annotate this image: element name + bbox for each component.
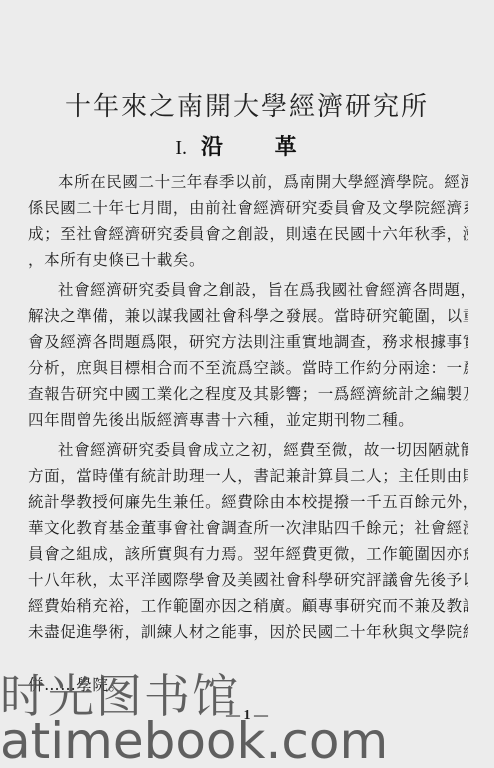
text-line: 方面，當時僅有統計助理一人，書記兼計算員二人；主任則由財政學及 [28, 466, 468, 486]
text-line: 本所在民國二十三年春季以前，爲南開大學經濟學院。經濟學院則 [58, 172, 468, 192]
watermark-url: atimebook.com [0, 712, 388, 768]
document-page: 十年來之南開大學經濟研究所 I.沿 革 本所在民國二十三年春季以前，爲南開大學經… [0, 0, 494, 768]
text-line: 成；至社會經濟研究委員會之創設，則遠在民國十六年秋季，溯厥原始 [28, 224, 468, 244]
text-line: 員會之組成，該所實與有力焉。翌年經費更微，工作範圍因亦愈狹。迨 [28, 544, 468, 564]
text-line: 經費始稍充裕，工作範圍亦因之稍廣。顧專事研究而不兼及教課，似仍 [28, 596, 468, 616]
text-line: 未盡促進學術，訓練人材之能事，因於民國二十年秋與文學院經濟系合 [28, 622, 468, 642]
document-title: 十年來之南開大學經濟研究所 [0, 86, 494, 123]
text-line: 統計學教授何廉先生兼任。經費除由本校提撥一千五百餘元外，曾得中 [28, 492, 468, 512]
text-line: ，本所有史倏已十載矣。 [28, 250, 468, 270]
text-line: 查報告研究中國工業化之程度及其影響；一爲經濟統計之編製及分析。 [28, 384, 468, 404]
text-line: 分析，庶與目標相合而不至流爲空談。當時工作約分兩途：一爲根據調 [28, 358, 468, 378]
text-line: 會及經濟各問題爲限，研究方法則注重實地調查，務求根據事實，精確 [28, 332, 468, 352]
text-line: 十八年秋，太平洋國際學會及美國社會科學研究評議會先後予以津貼， [28, 570, 468, 590]
section-heading: I.沿 革 [0, 130, 494, 161]
text-line: 華文化教育基金董事會社會調查所一次津貼四千餘元；社會經濟研究委 [28, 518, 468, 538]
section-number: I. [175, 137, 187, 159]
text-line: 四年間曾先後出版經濟專書十六種，並定期刊物二種。 [28, 410, 468, 430]
text-line: 社會經濟研究委員會之創設，旨在爲我國社會經濟各問題，作實際 [58, 280, 468, 300]
text-line: 社會經濟研究委員會成立之初，經費至微，故一切因陋就簡；人事 [58, 440, 468, 460]
text-line: 解決之準備，兼以謀我國社會科學之發展。當時研究範圍，以重要之社 [28, 306, 468, 326]
text-line: 係民國二十年七月間，由前社會經濟研究委員會及文學院經濟系合併而 [28, 198, 468, 218]
section-title: 沿 革 [201, 134, 319, 160]
